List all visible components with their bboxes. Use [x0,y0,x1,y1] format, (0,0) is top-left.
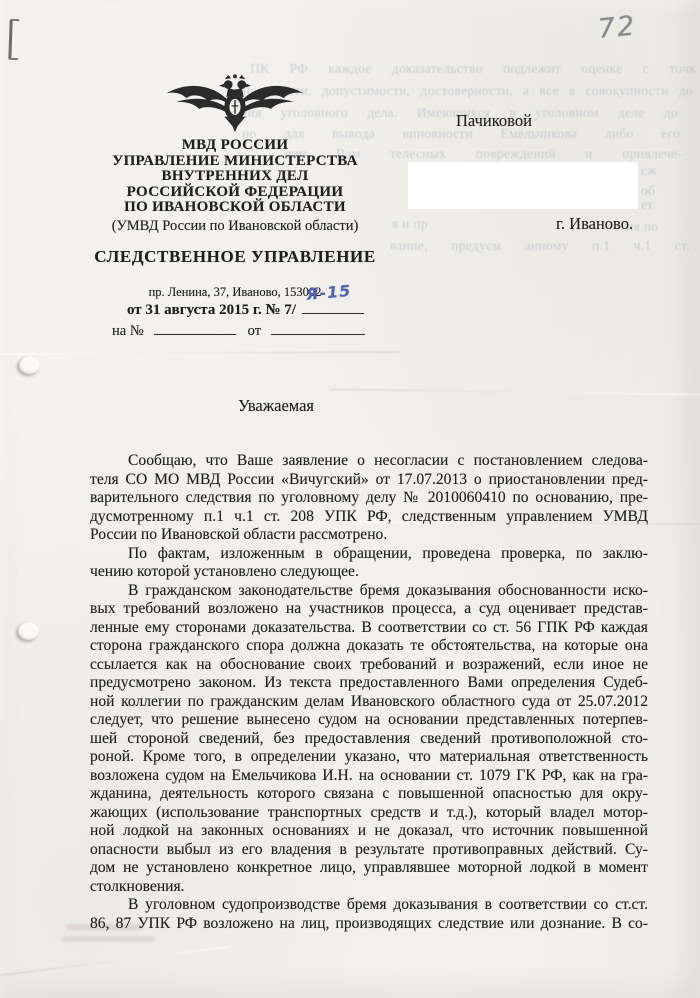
reference-row: на №от [112,321,365,340]
body-line: вых требований возложено на участников п… [90,600,648,619]
body-line: теля СО МО МВД России «Вичугский» от 17.… [90,471,648,490]
mvd-double-headed-eagle-icon [159,72,311,134]
date-number-row: от 31 августа 2015 г. № 7/Я-15 [127,299,364,319]
body-line: Сообщаю, что Ваше заявление о несогласии… [90,452,648,471]
division-name: СЛЕДСТВЕННОЕ УПРАВЛЕНИЕ [55,247,415,267]
redaction-box [408,162,638,209]
body-line: По фактам, изложенным в обращении, прове… [90,545,648,564]
body-line: жданина, деятельность которого связана с… [90,785,648,804]
org-name-line: ВНУТРЕННИХ ДЕЛ [55,169,415,185]
org-name-line: МВД РОССИИ [55,138,415,154]
body-line: В гражданском законодательстве бремя док… [90,582,648,601]
ref-date-blank [271,321,365,335]
org-short-name: (УМВД России по Ивановской области) [55,218,415,235]
body-line: роной. Кроме того, в определении указано… [90,748,648,767]
body-line: ленные ему сторонами доказательства. В с… [90,619,648,638]
body-line: 86, 87 УПК РФ возложено на лиц, производ… [90,915,648,934]
body-line: чению которой установлено следующее. [90,563,648,582]
body-line: варительного следствия по уголовному дел… [90,489,648,508]
org-name-line: ПО ИВАНОВСКОЙ ОБЛАСТИ [55,200,415,216]
letterhead: МВД РОССИИ УПРАВЛЕНИЕ МИНИСТЕРСТВА ВНУТР… [55,72,415,300]
body-line: предусмотрено законом. Из текста предост… [90,674,648,693]
letter-body: Сообщаю, что Ваше заявление о несогласии… [90,452,648,933]
org-name-line: УПРАВЛЕНИЕ МИНИСТЕРСТВА [55,154,415,170]
body-line: жающих (использование транспортных средс… [90,804,648,823]
body-line: ссылается как на обоснование своих требо… [90,656,648,675]
outgoing-number-handwritten: Я-15 [305,281,352,304]
ref-no-label: на № [112,323,144,339]
body-line: В уголовном судопроизводстве бремя доказ… [90,896,648,915]
org-address: пр. Ленина, 37, Иваново, 153002 [55,285,415,300]
salutation: Уважаемая [238,396,314,416]
ref-from-label: от [248,323,261,339]
body-line: возложена судом на Емельчикова И.Н. на о… [90,767,648,786]
addressee-name: Пачиковой [456,111,532,131]
body-line: дом не установлено конкретное лицо, упра… [90,859,648,878]
outgoing-number-blank: Я-15 [302,299,364,314]
body-line: шей стороной сведений, без предоставлени… [90,730,648,749]
bleedthrough-line: ет [641,197,654,213]
addressee-city: г. Иваново. [556,214,633,234]
body-line: следует, что решение вынесено судом на о… [90,711,648,730]
body-line: России по Ивановской области рассмотрено… [90,526,648,545]
body-line: столкновения. [90,878,648,897]
body-line: дусмотренному п.1 ч.1 ст. 208 УПК РФ, сл… [90,508,648,527]
scanned-letter-page: ПК РФ каждое доказательство подлежит оце… [0,0,700,998]
body-line: ной лодкой на законных основаниях и не д… [90,822,648,841]
body-line: ной коллегии по гражданским делам Иванов… [90,693,648,712]
date-number-label: от 31 августа 2015 г. № 7/ [127,302,296,318]
body-line: опасности выбыл из его владения в резуль… [90,841,648,860]
body-line: сторона гражданского спора должна доказа… [90,637,648,656]
ref-number-blank [154,321,236,335]
bleedthrough-line: вание, предусм анному п.1 ч.1 ст. [390,238,690,254]
bleedthrough-line: сж [641,163,657,179]
